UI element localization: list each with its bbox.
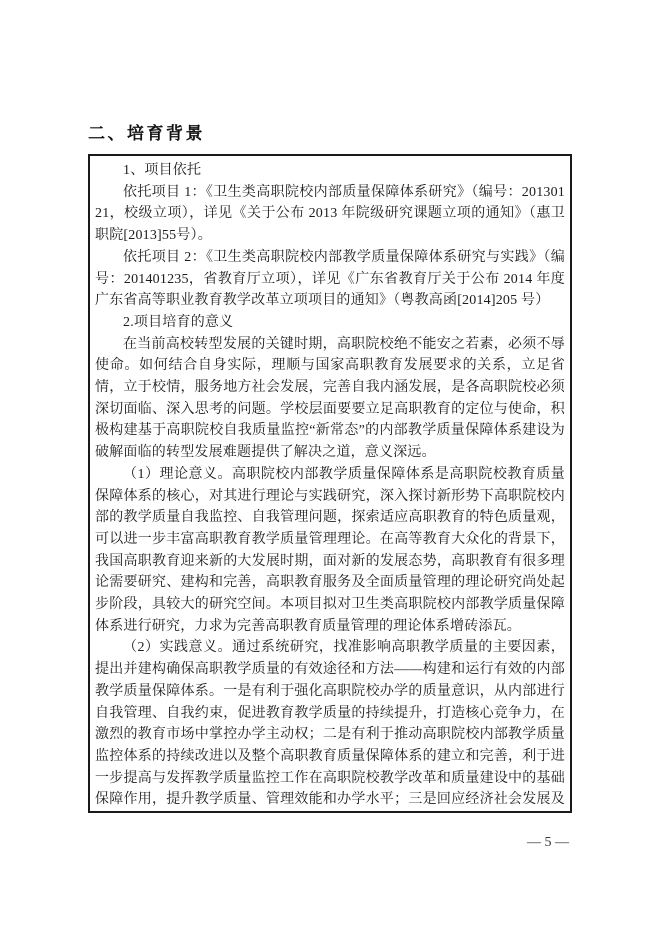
paragraph-significance-title: 2.项目培育的意义: [95, 312, 565, 334]
paragraph-project-basis-title: 1、项目依托: [95, 160, 565, 182]
page-number: — 5 —: [512, 835, 584, 851]
paragraph-practical-significance: （2）实践意义。通过系统研究，找准影响高职教学质量的主要因素，提出并建构确保高职…: [95, 637, 565, 813]
paragraph-project-1: 依托项目 1：《卫生类高职院校内部质量保障体系研究》（编号：20130121，校…: [95, 182, 565, 247]
content-box: 1、项目依托 依托项目 1：《卫生类高职院校内部质量保障体系研究》（编号：201…: [88, 154, 572, 813]
paragraph-theoretical-significance: （1）理论意义。高职院校内部教学质量保障体系是高职院校教育质量保障体系的核心，对…: [95, 464, 565, 638]
section-heading: 二、培育背景: [88, 119, 205, 144]
document-page: 二、培育背景 1、项目依托 依托项目 1：《卫生类高职院校内部质量保障体系研究》…: [0, 0, 662, 936]
paragraph-background: 在当前高校转型发展的关键时期，高职院校绝不能安之若素，必须不辱使命。如何结合自身…: [95, 334, 565, 464]
paragraph-project-2: 依托项目 2：《卫生类高职院校内部教学质量保障体系研究与实践》（编号：20140…: [95, 247, 565, 312]
